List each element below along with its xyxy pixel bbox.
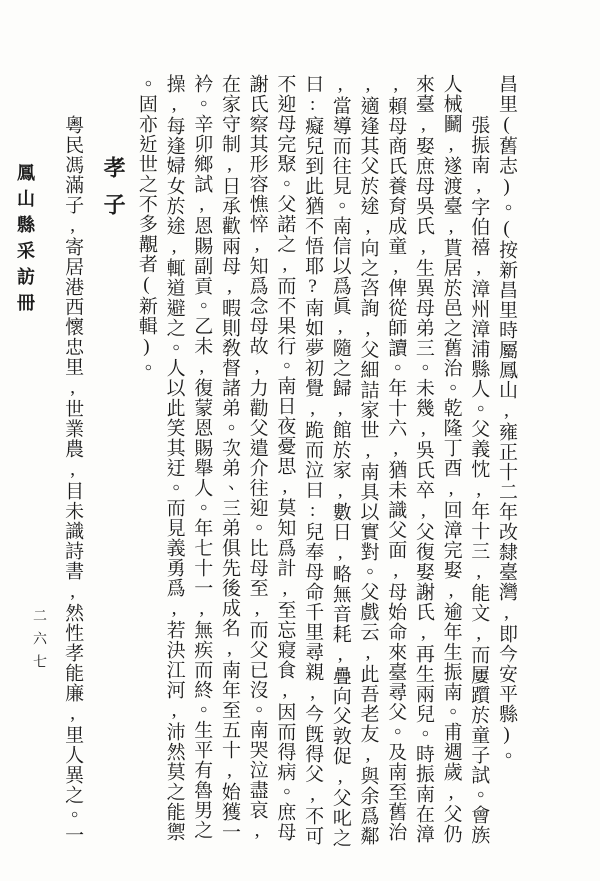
page-number: 二六七	[28, 608, 48, 677]
section-header: 孝子	[98, 74, 128, 864]
text-column-4: 來臺,娶庶母吳氏,生異母弟三。未幾,吳氏卒,父復娶謝氏,再生兩兒。時振南在漳	[409, 74, 437, 864]
text-column-6: ,適逢其父於途,向之咨詢,父細詰家世,南具以實對。父戲云,此吾老友,與余爲鄰	[354, 74, 382, 864]
book-title: 鳳山縣采訪冊	[12, 163, 38, 319]
text-column-15: 粵民馮滿子,寄居港西懷忠里,世業農,目未識詩書,然性孝能廉,里人異之。一	[58, 74, 86, 864]
text-column-7: ,當導而往見。南信以爲眞,隨之歸,館於家,數日,略無音耗,疊向父敦促,父叱之	[326, 74, 354, 864]
text-column-5: ,賴母商氏養育成童,俾從師讀。年十六,猶未識父面,母始命來臺尋父。及南至舊治	[381, 74, 409, 864]
text-column-1: 昌里(舊志)。(按新昌里時屬鳳山,雍正十二年改隸臺灣,即今安平縣)。	[492, 74, 520, 864]
text-column-9: 不迎母完聚。父諾之,而不果行。南日夜憂思,莫知爲計,至忘寢食,因而得病。庶母	[271, 74, 299, 864]
book-page: 昌里(舊志)。(按新昌里時屬鳳山,雍正十二年改隸臺灣,即今安平縣)。 張振南,字…	[0, 0, 600, 881]
text-column-11: 在家守制,日承歡兩母,暇則敎督諸弟。次弟、三弟俱先後成名,南年至五十,始獲一	[215, 74, 243, 864]
text-column-13: 操,每逢婦女於途,輒道避之。人以此笑其迂。而見義勇爲,若決江河,沛然莫之能禦	[160, 74, 188, 864]
text-block: 昌里(舊志)。(按新昌里時屬鳳山,雍正十二年改隸臺灣,即今安平縣)。 張振南,字…	[58, 74, 520, 864]
text-column-8: 曰:癡兒到此猶不悟耶?南如夢初覺,跪而泣曰:兒奉母命千里尋親,今旣得父,不可	[298, 74, 326, 864]
text-column-10: 謝氏察其形容憔悴,知爲念母故,力勸父遣介往迎。比母至,而父已沒。南哭泣盡哀,	[243, 74, 271, 864]
text-column-14: 。固亦近世之不多覯者(新輯)。	[132, 74, 160, 864]
text-column-12: 衿。辛卯鄉試,恩賜副貢。乙未,復蒙恩賜舉人。年七十一,無疾而終。生平有魯男之	[188, 74, 216, 864]
text-column-2: 張振南,字伯禧,漳州漳浦縣人。父義忱,年十三,能文,而屢躓於童子試。會族	[465, 74, 493, 864]
text-column-3: 人械鬭,遂渡臺,貰居於邑之舊治。乾隆丁酉,回漳完娶,逾年生振南。甫週歲,父仍	[437, 74, 465, 864]
